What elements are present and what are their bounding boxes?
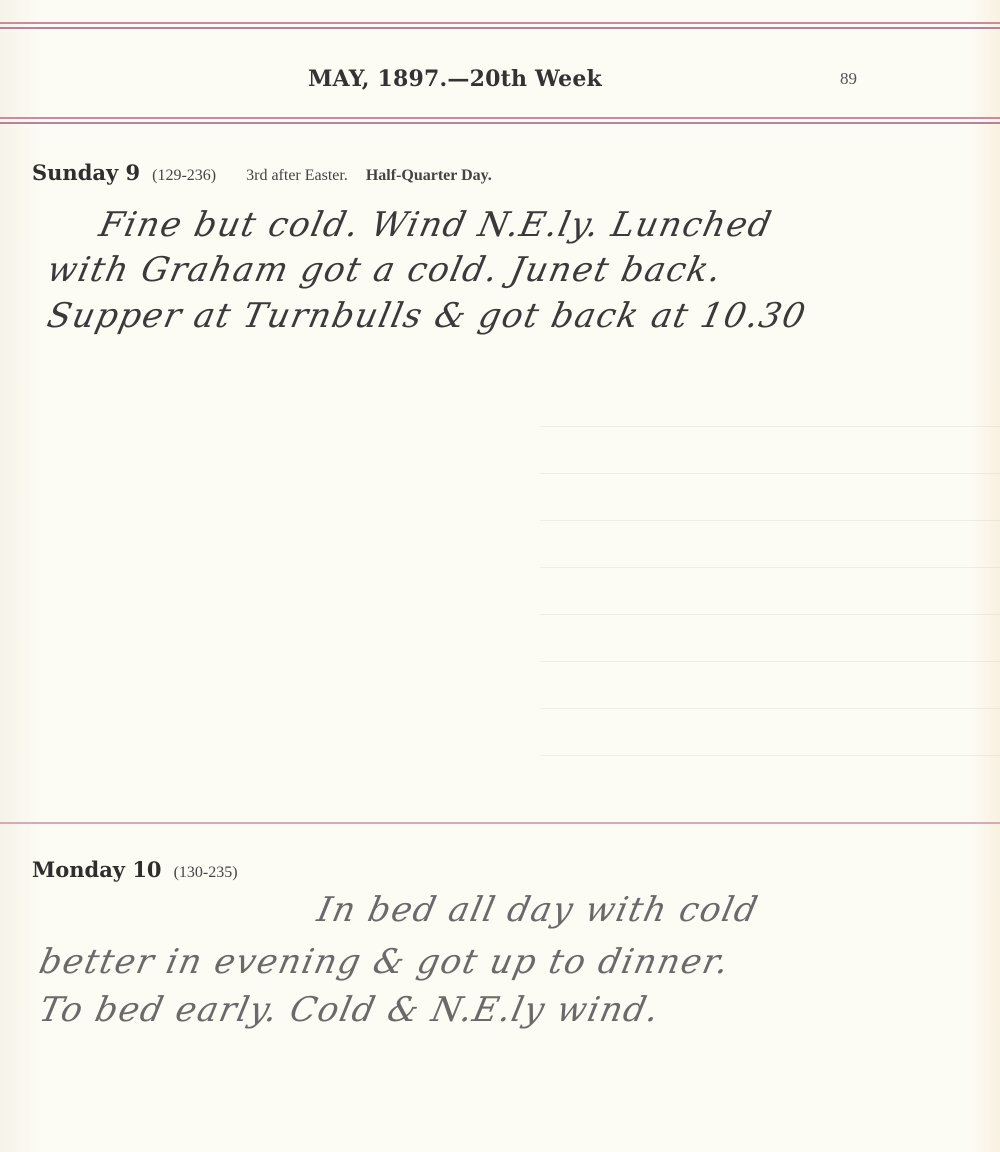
handwriting-line: In bed all day with cold: [314, 890, 762, 930]
day-count: (130-235): [174, 864, 238, 881]
sunday-heading: Sunday 9 (129-236) 3rd after Easter. Hal…: [32, 160, 492, 185]
day-count: (129-236): [152, 167, 216, 184]
day-note-secondary: Half-Quarter Day.: [366, 167, 492, 184]
handwriting-line: with Graham got a cold. Junet back.: [44, 250, 726, 290]
monday-heading: Monday 10 (130-235): [32, 857, 238, 882]
page-title: MAY, 1897.—20th Week: [0, 66, 910, 92]
handwriting-line: Fine but cold. Wind N.E.ly. Lunched: [96, 205, 776, 245]
header-bottom-rule: [0, 117, 1000, 124]
handwriting-line: Supper at Turnbulls & got back at 10.30: [44, 296, 810, 336]
day-name: Monday 10: [32, 857, 162, 882]
diary-page: MAY, 1897.—20th Week 89 Sunday 9 (129-23…: [0, 0, 1000, 1152]
faint-ruled-lines: [540, 380, 1000, 800]
header-top-rule: [0, 22, 1000, 29]
day-name: Sunday 9: [32, 160, 140, 185]
handwriting-line: better in evening & got up to dinner.: [36, 942, 734, 982]
day-note: 3rd after Easter.: [246, 167, 348, 184]
day-divider-rule: [0, 822, 1000, 824]
page-number: 89: [840, 69, 857, 89]
handwriting-line: To bed early. Cold & N.E.ly wind.: [36, 990, 664, 1030]
